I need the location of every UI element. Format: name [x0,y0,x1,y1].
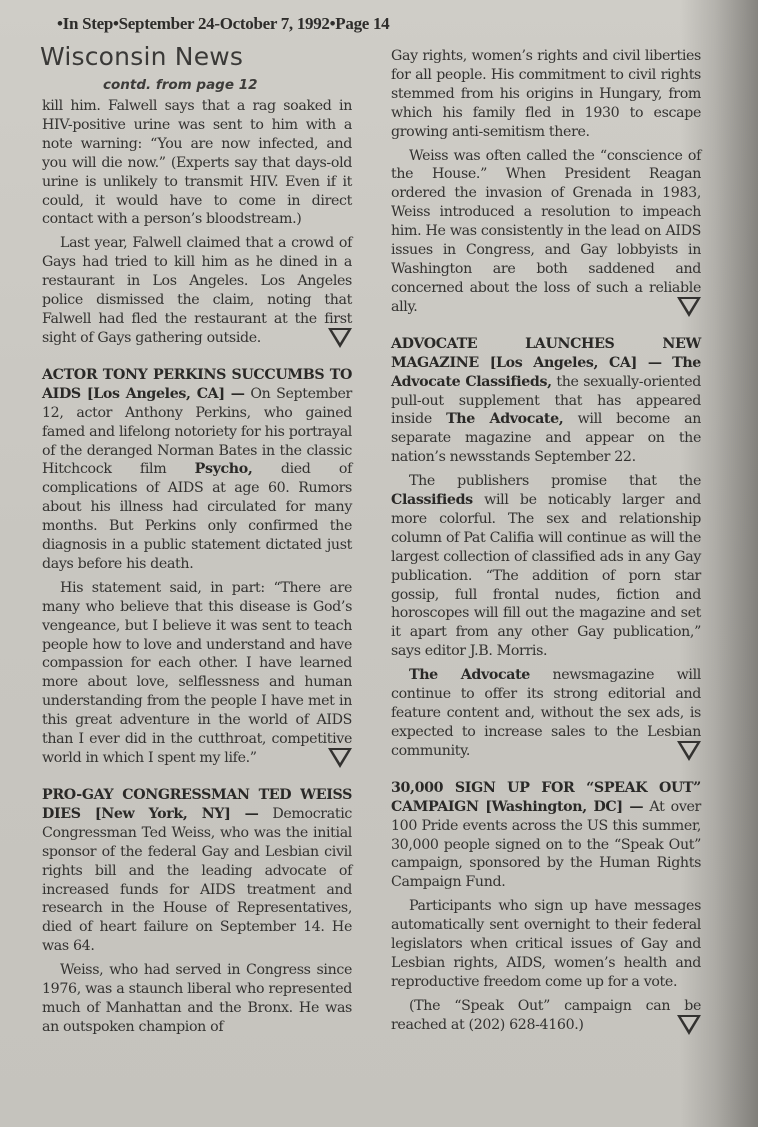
article-weiss: PRO-GAY CONGRESSMAN TED WEISS DIES [New … [42,786,352,1037]
article-perkins: ACTOR TONY PERKINS SUCCUMBS TO AIDS [Los… [42,366,352,768]
weiss-continued-paragraph-2: Weiss was often called the “conscience o… [391,147,701,317]
falwell-paragraph-1: kill him. Falwell says that a rag soaked… [42,97,352,229]
article-advocate: ADVOCATE LAUNCHES NEW MAGAZINE [Los Ange… [391,335,701,761]
advocate-paragraph-2: The publishers promise that the Classifi… [391,472,701,661]
advocate-paragraph-1: ADVOCATE LAUNCHES NEW MAGAZINE [Los Ange… [391,335,701,467]
weiss-paragraph-2: Weiss, who had served in Congress since … [42,961,352,1037]
perkins-paragraph-2: His statement said, in part: “There are … [42,579,352,768]
speak-out-paragraph-3: (The “Speak Out” campaign can be reached… [391,997,701,1035]
film-title: Psycho, [195,461,253,477]
end-mark-icon [328,328,352,348]
article-headline: ADVOCATE LAUNCHES NEW MAGAZINE [Los Ange… [391,336,701,371]
right-column: Gay rights, women’s rights and civil lib… [391,47,701,1035]
end-mark-icon [328,748,352,768]
section-title: Wisconsin News [40,42,243,71]
continued-from-note: contd. from page 12 [103,77,258,93]
weiss-continued-paragraph-1: Gay rights, women’s rights and civil lib… [391,47,701,142]
speak-out-paragraph-1: 30,000 SIGN UP FOR “SPEAK OUT” CAMPAIGN … [391,779,701,892]
advocate-paragraph-3: The Advocate newsmagazine will continue … [391,666,701,761]
speak-out-paragraph-2: Participants who sign up have messages a… [391,897,701,992]
article-speak-out: 30,000 SIGN UP FOR “SPEAK OUT” CAMPAIGN … [391,779,701,1035]
perkins-paragraph-1: ACTOR TONY PERKINS SUCCUMBS TO AIDS [Los… [42,366,352,574]
weiss-paragraph-1: PRO-GAY CONGRESSMAN TED WEISS DIES [New … [42,786,352,956]
left-column: kill him. Falwell says that a rag soaked… [42,97,352,1037]
running-head: •In Step•September 24-October 7, 1992•Pa… [57,14,389,34]
end-mark-icon [677,741,701,761]
end-mark-icon [677,1015,701,1035]
end-mark-icon [677,297,701,317]
falwell-paragraph-2: Last year, Falwell claimed that a crowd … [42,234,352,347]
